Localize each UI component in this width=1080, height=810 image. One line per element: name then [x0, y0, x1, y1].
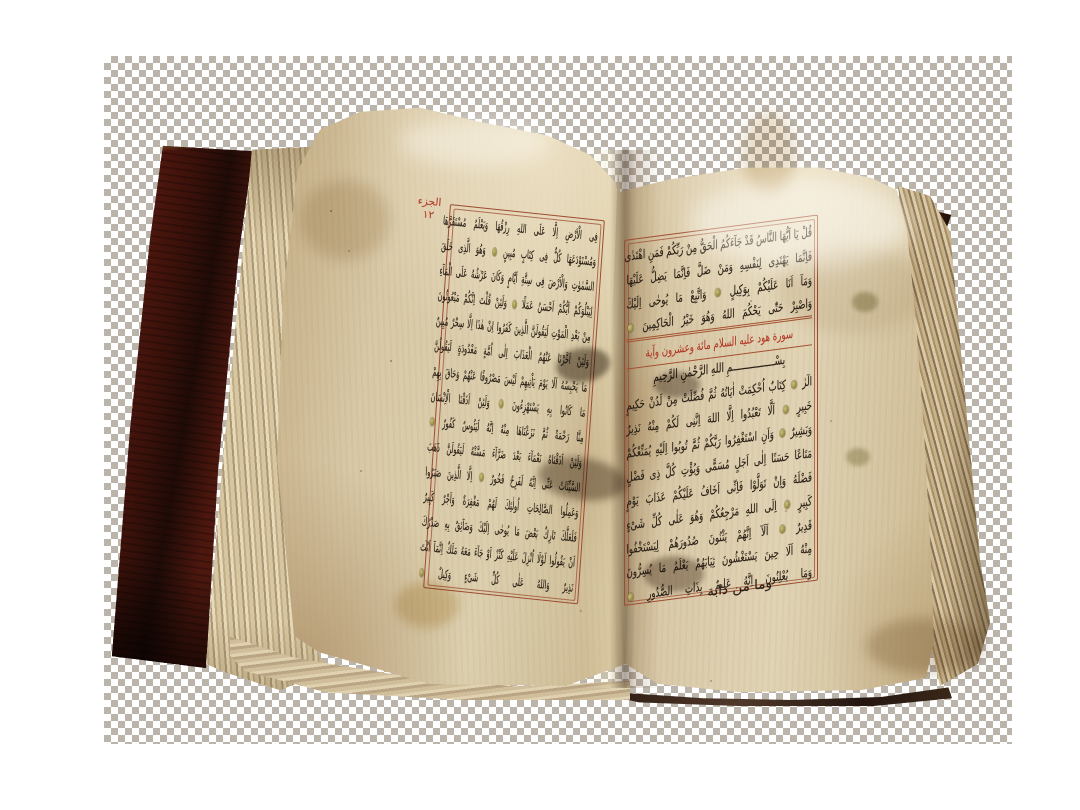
left-text-frame: فِى الْاَرْضِ اِلَّا عَلَى اللهِ رِزْقُه… — [423, 204, 605, 604]
left-page-text-block: فِى الْاَرْضِ اِلَّا عَلَى اللهِ رِزْقُه… — [418, 208, 599, 601]
verse-marker-rosette — [492, 247, 497, 255]
right-text-frame: قُلْ يَا اَيُّهَا النَّاسُ قَدْ جَآءَكُم… — [624, 214, 818, 606]
verse-marker-rosette — [419, 568, 424, 576]
manuscript-photo: فِى الْاَرْضِ اِلَّا عَلَى اللهِ رِزْقُه… — [0, 0, 1080, 810]
right-page-text-block: قُلْ يَا اَيُّهَا النَّاسُ قَدْ جَآءَكُم… — [627, 220, 812, 609]
ink-specks — [330, 210, 332, 212]
verse-marker-rosette — [628, 593, 633, 602]
verse-marker-rosette — [779, 429, 784, 438]
juz-margin-note: الجزء ١٢ — [407, 194, 451, 223]
verse-marker-rosette — [430, 418, 435, 426]
verse-marker-rosette — [783, 405, 788, 414]
surah-hud-opening-lines: الٓرٰ كِتَابٌ اُحْكِمَتْ اٰيَاتُهُ ثُمَّ… — [627, 369, 812, 608]
verse-marker-rosette — [479, 474, 484, 482]
verse-marker-rosette — [791, 380, 796, 389]
verse-marker-rosette — [715, 288, 720, 297]
verse-marker-rosette — [780, 525, 785, 534]
verse-marker-rosette — [512, 300, 517, 308]
verse-marker-rosette — [499, 400, 504, 408]
verse-marker-rosette — [785, 500, 790, 509]
verse-marker-rosette — [628, 324, 633, 333]
